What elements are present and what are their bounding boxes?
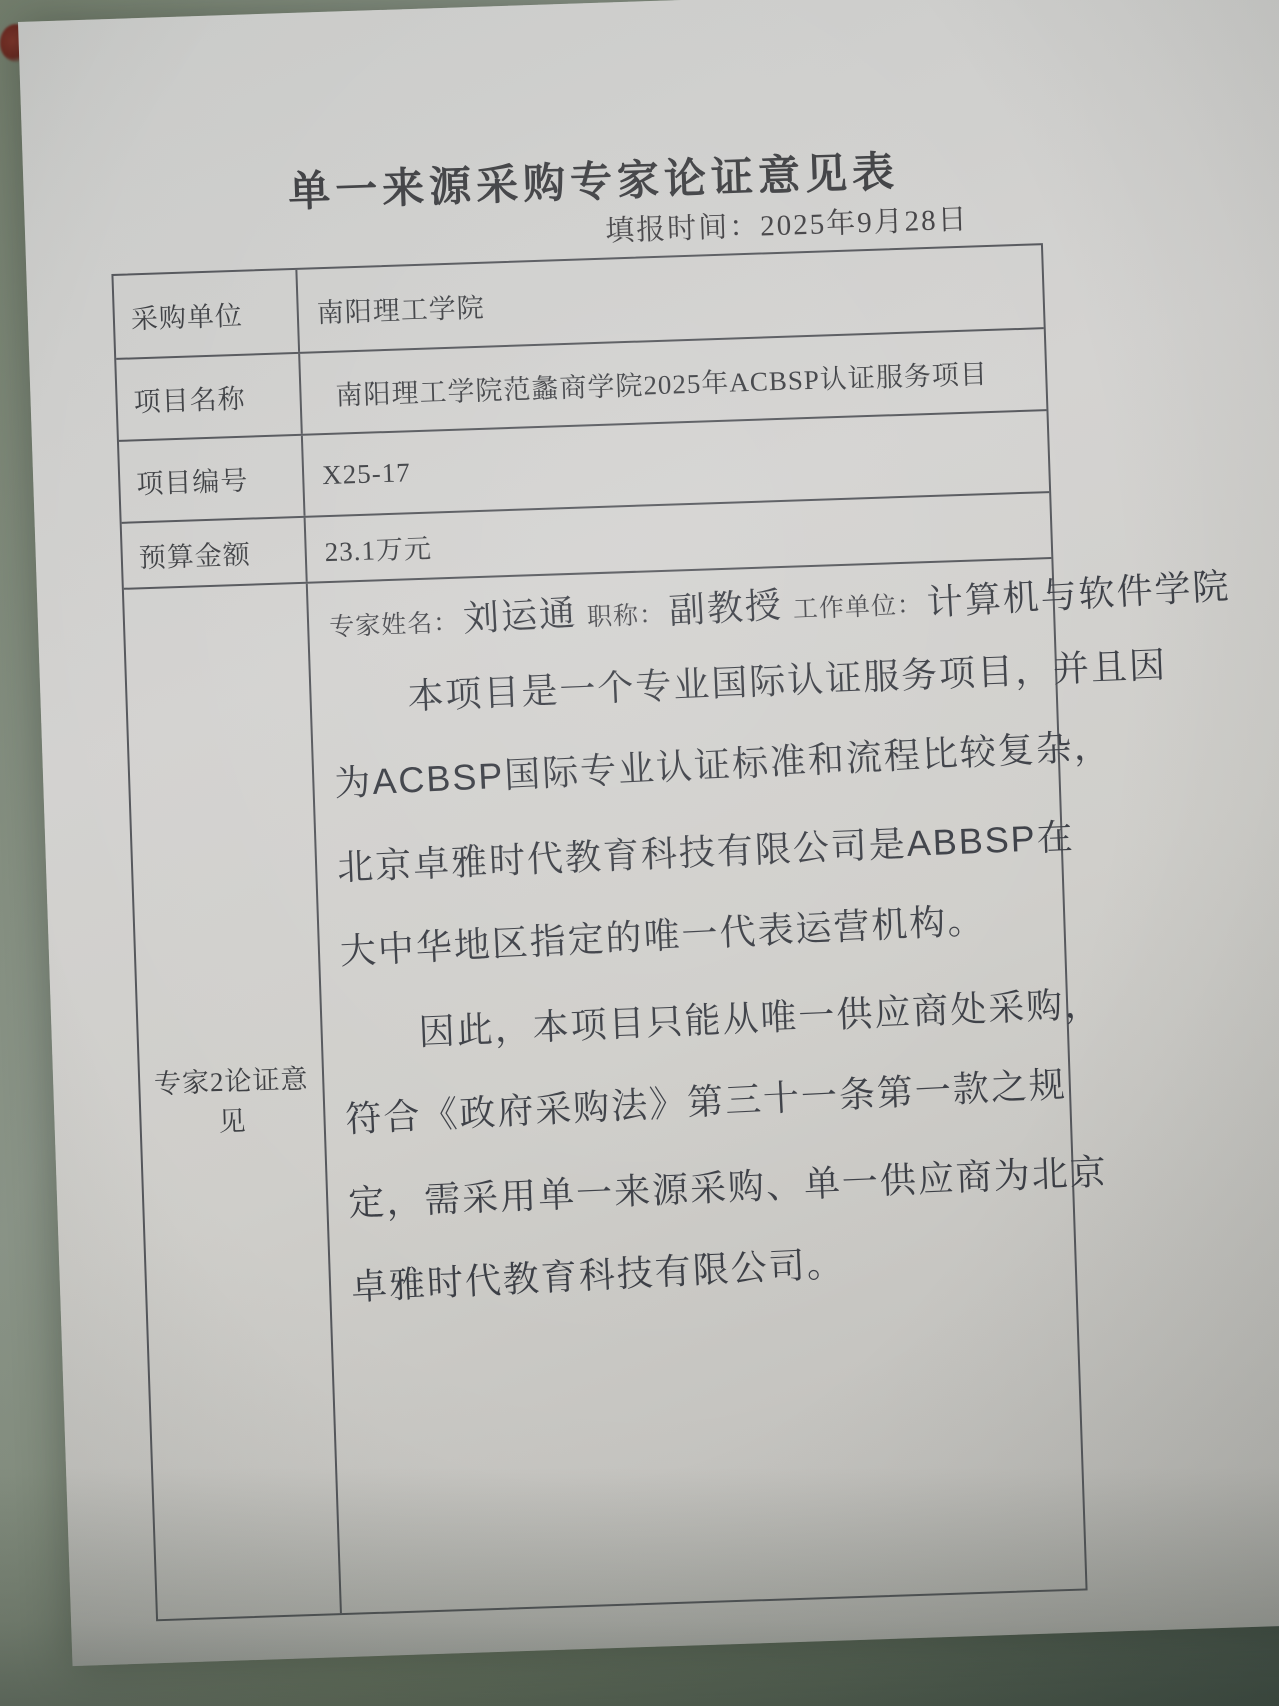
fill-date-label: 填报时间： — [605, 211, 761, 248]
row-label: 采购单位 — [113, 270, 300, 358]
opinion-row-label: 专家2论证意见 — [124, 584, 342, 1620]
photo-of-form: { "page": { "title": "单一来源采购专家论证意见表", "d… — [0, 0, 1279, 1706]
expert-org-label: 工作单位： — [793, 592, 924, 624]
expert-name-value: 刘运通 — [462, 585, 579, 642]
paper-sheet: 单一来源采购专家论证意见表 填报时间：2025年9月28日 采购单位 南阳理工学… — [18, 0, 1279, 1666]
row-label: 项目名称 — [116, 354, 303, 440]
handwritten-opinion: 本项目是一个专业国际认证服务项目，并且因 为ACBSP国际专业认证标准和流程比较… — [330, 628, 1264, 1330]
table-row-expert-opinion: 专家2论证意见 专家姓名：刘运通职称：副教授工作单位：计算机与软件学院 本项目是… — [124, 559, 1086, 1619]
fill-date-value: 2025年9月28日 — [760, 204, 969, 243]
procurement-form-table: 采购单位 南阳理工学院 项目名称 南阳理工学院范蠡商学院2025年ACBSP认证… — [111, 243, 1087, 1621]
row-label: 项目编号 — [119, 436, 306, 522]
expert-title-label: 职称： — [587, 602, 666, 632]
row-label: 预算金额 — [122, 518, 308, 588]
expert-name-label: 专家姓名： — [329, 609, 460, 641]
expert-title-value: 副教授 — [667, 577, 784, 634]
expert-org-value: 计算机与软件学院 — [925, 558, 1231, 626]
opinion-content-cell: 专家姓名：刘运通职称：副教授工作单位：计算机与软件学院 本项目是一个专业国际认证… — [308, 553, 1274, 1613]
